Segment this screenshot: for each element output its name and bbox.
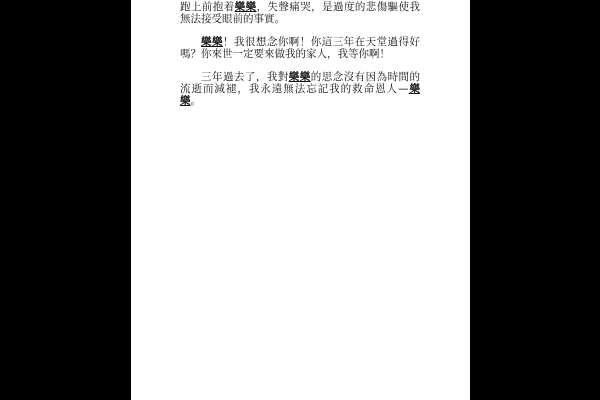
paragraph-1: 跑上前抱着樂樂，失聲痛哭，是過度的悲傷驅使我無法接受眼前的事實。: [180, 1, 420, 25]
paragraph-text: 跑上前抱着: [180, 1, 235, 13]
document-page: 跑上前抱着樂樂，失聲痛哭，是過度的悲傷驅使我無法接受眼前的事實。 樂樂！我很想念…: [131, 0, 470, 400]
name-highlight: 樂樂: [235, 1, 257, 13]
paragraph-text: 。: [191, 95, 202, 107]
name-highlight: 樂樂: [289, 71, 311, 83]
paragraph-3: 三年過去了，我對樂樂的思念沒有因為時間的流逝而減褪，我永遠無法忘記我的救命恩人—…: [180, 71, 420, 107]
paragraph-text: 三年過去了，我對: [201, 71, 289, 83]
document-body: 跑上前抱着樂樂，失聲痛哭，是過度的悲傷驅使我無法接受眼前的事實。 樂樂！我很想念…: [180, 0, 420, 118]
name-highlight: 樂樂: [201, 36, 223, 48]
paragraph-2: 樂樂！我很想念你啊！你這三年在天堂過得好嗎？你來世一定要來做我的家人，我等你啊！: [180, 36, 420, 60]
